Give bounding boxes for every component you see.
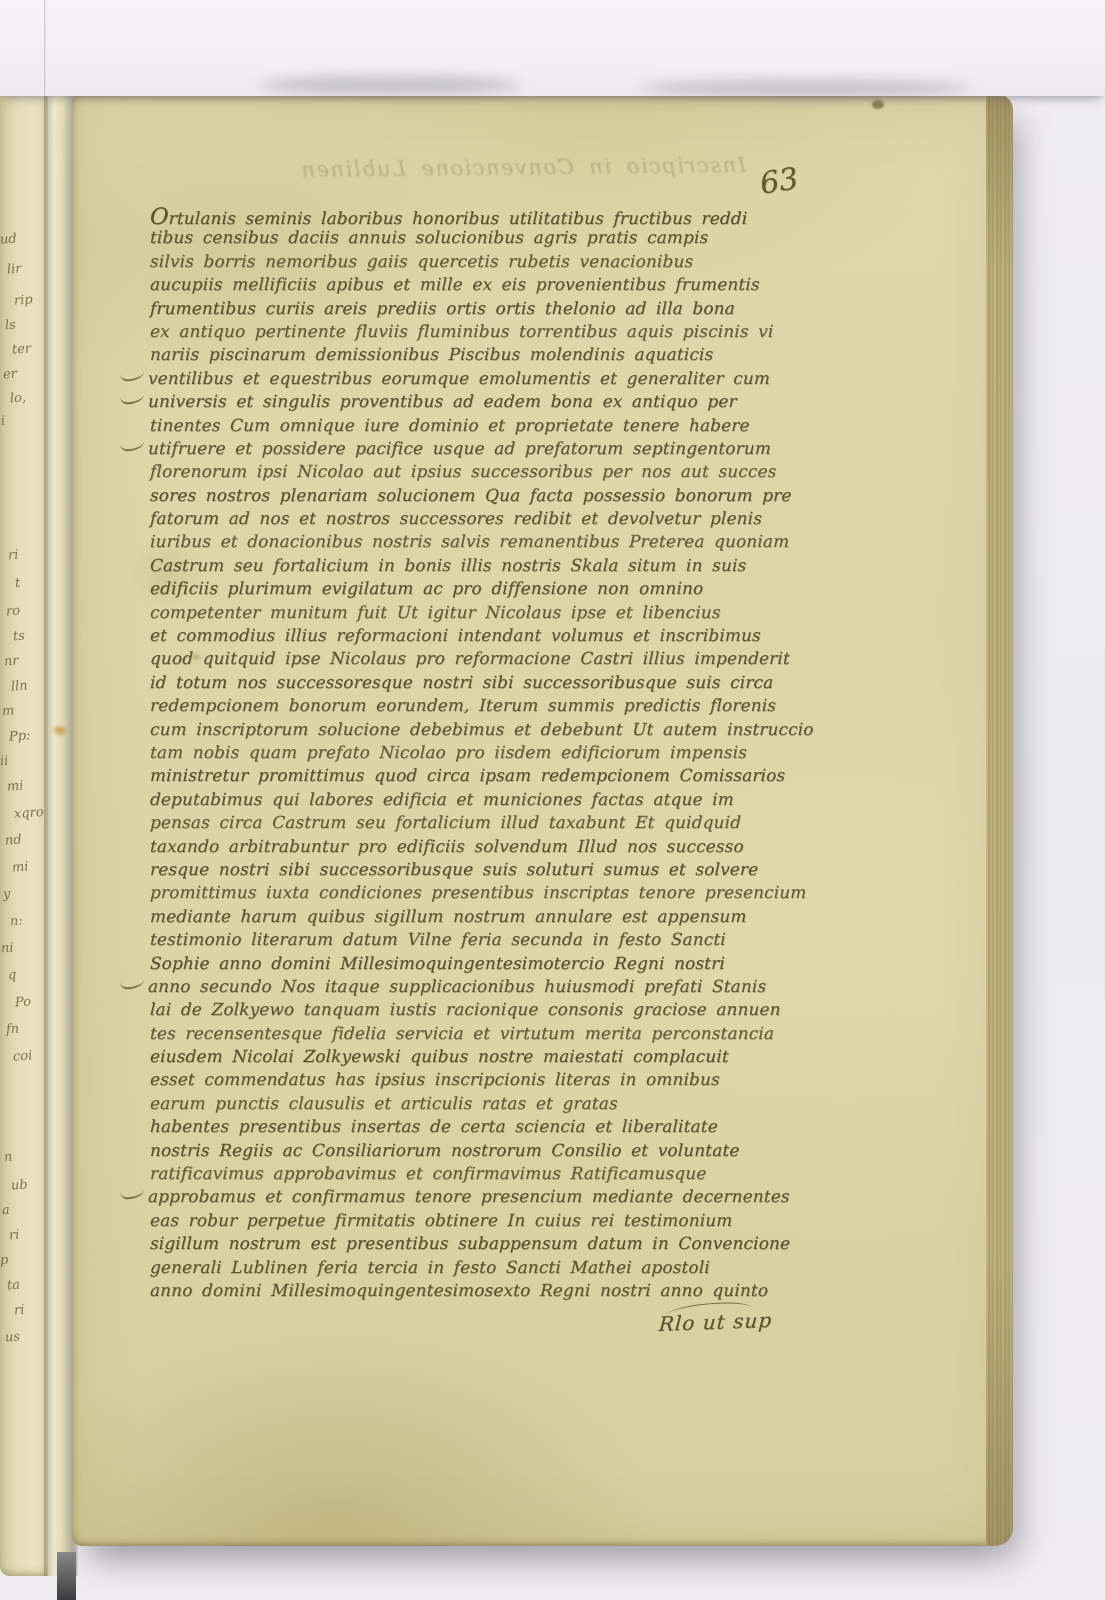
facing-page-text-fragment: lo, xyxy=(9,390,26,406)
manuscript-line: competenter munitum fuit Ut igitur Nicol… xyxy=(150,602,851,625)
chancery-signature: Rlo ut sup xyxy=(658,1308,773,1336)
facing-page-text-fragment: ii xyxy=(0,754,9,770)
manuscript-line: universis et singulis proventibus ad ead… xyxy=(150,391,851,414)
facing-page-text-fragment: ls xyxy=(4,318,16,334)
facing-page-text-fragment: Pp: xyxy=(9,728,31,744)
facing-page-edge: udlirriplstererlo,iritrotsnrllnmPp:iimix… xyxy=(0,90,48,1576)
manuscript-line: generali Lublinen feria tercia in festo … xyxy=(150,1257,851,1280)
facing-page-text-fragment: nr xyxy=(3,654,19,670)
manuscript-line: esset commendatus has ipsius inscripcion… xyxy=(150,1069,851,1092)
facing-page-text-fragment: a xyxy=(1,1203,10,1219)
facing-page-text-fragment: n xyxy=(3,1150,12,1166)
manuscript-line: et commodius illius reformacioni intenda… xyxy=(150,625,851,648)
manuscript-line: Sophie anno domini Millesimoquingentesim… xyxy=(150,953,851,976)
manuscript-line: sigillum nostrum est presentibus subappe… xyxy=(150,1233,851,1256)
facing-page-text-fragment: ro xyxy=(5,604,20,620)
facing-page-text-fragment: i xyxy=(0,414,5,429)
manuscript-line: iuribus et donacionibus nostris salvis r… xyxy=(150,531,851,554)
manuscript-line: mediante harum quibus sigillum nostrum a… xyxy=(150,906,851,929)
manuscript-line: approbamus et confirmamus tenore presenc… xyxy=(150,1186,851,1209)
manuscript-line: nostris Regiis ac Consiliariorum nostror… xyxy=(150,1140,851,1163)
facing-page-text-fragment: ri xyxy=(7,548,18,564)
facing-page-text-fragment: ts xyxy=(12,629,25,645)
facing-page-text-fragment: ri xyxy=(8,1228,19,1244)
manuscript-line: sores nostros plenariam solucionem Qua f… xyxy=(150,485,851,508)
manuscript-line: promittimus iuxta condiciones presentibu… xyxy=(150,882,851,905)
manuscript-line: ministretur promittimus quod circa ipsam… xyxy=(150,765,851,788)
manuscript-line: earum punctis clausulis et articulis rat… xyxy=(150,1093,851,1116)
manuscript-line: eas robur perpetue firmitatis obtinere I… xyxy=(150,1210,851,1233)
manuscript-line: tes recensentesque fidelia servicia et v… xyxy=(150,1023,851,1046)
facing-page-text-fragment: fn xyxy=(5,1022,19,1038)
facing-page-text-fragment: xqro xyxy=(14,805,45,822)
manuscript-line: redempcionem bonorum eorundem, Iterum su… xyxy=(150,695,851,718)
manuscript-page: Inscripcio in Convencione Lublinen 63 Or… xyxy=(72,94,1013,1546)
manuscript-line: eiusdem Nicolai Zolkyewski quibus nostre… xyxy=(150,1046,851,1069)
manuscript-line: frumentibus curiis areis prediis ortis o… xyxy=(150,298,851,321)
manuscript-line: anno domini Millesimoquingentesimosexto … xyxy=(150,1280,851,1303)
manuscript-line: ventilibus et equestribus eorumque emolu… xyxy=(150,368,851,391)
manuscript-line: ex antiquo pertinente fluviis fluminibus… xyxy=(150,321,851,344)
manuscript-line: Ortulanis seminis laboribus honoribus ut… xyxy=(150,204,851,227)
sheet-crease xyxy=(44,0,47,96)
manuscript-line: fatorum ad nos et nostros successores re… xyxy=(150,508,851,531)
facing-page-text-fragment: lln xyxy=(10,678,28,694)
manuscript-scan: udlirriplstererlo,iritrotsnrllnmPp:iimix… xyxy=(0,0,1105,1600)
manuscript-line: lai de Zolkyewo tanquam iustis racioniqu… xyxy=(150,999,851,1022)
top-white-sheet xyxy=(0,0,1105,96)
manuscript-line: florenorum ipsi Nicolao aut ipsius succe… xyxy=(150,461,851,484)
facing-page-text-fragment: ud xyxy=(0,231,17,247)
facing-page-text-fragment: y xyxy=(2,887,10,902)
folio-number: 63 xyxy=(757,161,800,202)
manuscript-line: tinentes Cum omnique iure dominio et pro… xyxy=(150,415,851,438)
facing-page-text-fragment: ta xyxy=(6,1278,20,1294)
sheet-shadow xyxy=(260,76,520,94)
manuscript-line: deputabimus qui labores edificia et muni… xyxy=(150,789,851,812)
facing-page-text-fragment: mi xyxy=(11,859,29,875)
manuscript-line: id totum nos successoresque nostri sibi … xyxy=(150,672,851,695)
manuscript-line: testimonio literarum datum Vilne feria s… xyxy=(150,929,851,952)
facing-page-text-fragment: ni xyxy=(0,941,14,957)
page-stack-fore-edge xyxy=(986,94,1013,1546)
manuscript-line: anno secundo Nos itaque supplicacionibus… xyxy=(150,976,851,999)
manuscript-line: nariis piscinarum demissionibus Piscibus… xyxy=(150,344,851,367)
facing-page-text-fragment: rip xyxy=(13,292,33,308)
manuscript-line: silvis borris nemoribus gaiis quercetis … xyxy=(150,251,851,274)
bleedthrough-heading: Inscripcio in Convencione Lublinen xyxy=(186,153,746,183)
facing-page-text-fragment: mi xyxy=(6,778,24,794)
manuscript-line: tam nobis quam prefato Nicolao pro iisde… xyxy=(150,742,851,765)
rust-stain xyxy=(54,726,66,735)
manuscript-line: resque nostri sibi successoribusque suis… xyxy=(150,859,851,882)
facing-page-text-fragment: nd xyxy=(4,832,22,848)
manuscript-line: utifruere et possidere pacifice usque ad… xyxy=(150,438,851,461)
facing-page-text-fragment: m xyxy=(1,704,14,720)
sheet-shadow xyxy=(640,80,970,96)
facing-page-text-fragment: n: xyxy=(9,914,23,930)
manuscript-line: quod quitquid ipse Nicolaus pro reformac… xyxy=(150,648,851,671)
manuscript-line: ratificavimus approbavimus et confirmavi… xyxy=(150,1163,851,1186)
facing-page-text-fragment: p xyxy=(0,1253,9,1269)
facing-page-text-fragment: q xyxy=(7,968,16,984)
manuscript-line: tibus censibus daciis annuis solucionibu… xyxy=(150,227,851,250)
manuscript-line: cum inscriptorum solucione debebimus et … xyxy=(150,719,851,742)
facing-page-text-fragment: us xyxy=(4,1329,20,1345)
facing-page-text-fragment: lir xyxy=(6,262,22,278)
facing-page-text-fragment: ub xyxy=(10,1177,28,1193)
facing-page-text-fragment: er xyxy=(2,367,17,383)
facing-page-text-fragment: Po xyxy=(14,994,31,1010)
facing-page-text-fragment: ter xyxy=(12,341,32,357)
manuscript-line: pensas circa Castrum seu fortalicium ill… xyxy=(150,812,851,835)
ink-stain xyxy=(872,100,884,109)
gutter-shadow-wedge xyxy=(57,1552,76,1600)
facing-page-text-fragment: t xyxy=(14,576,20,591)
manuscript-line: Castrum seu fortalicium in bonis illis n… xyxy=(150,555,851,578)
manuscript-text-block: Ortulanis seminis laboribus honoribus ut… xyxy=(150,204,850,1303)
facing-page-text-fragment: coi xyxy=(13,1048,33,1064)
manuscript-line: habentes presentibus insertas de certa s… xyxy=(150,1116,851,1139)
manuscript-line: aucupiis mellificiis apibus et mille ex … xyxy=(150,274,851,297)
facing-page-text-fragment: ri xyxy=(13,1303,24,1319)
manuscript-line: edificiis plurimum evigilatum ac pro dif… xyxy=(150,578,851,601)
manuscript-line: taxando arbitrabuntur pro edificiis solv… xyxy=(150,836,851,859)
